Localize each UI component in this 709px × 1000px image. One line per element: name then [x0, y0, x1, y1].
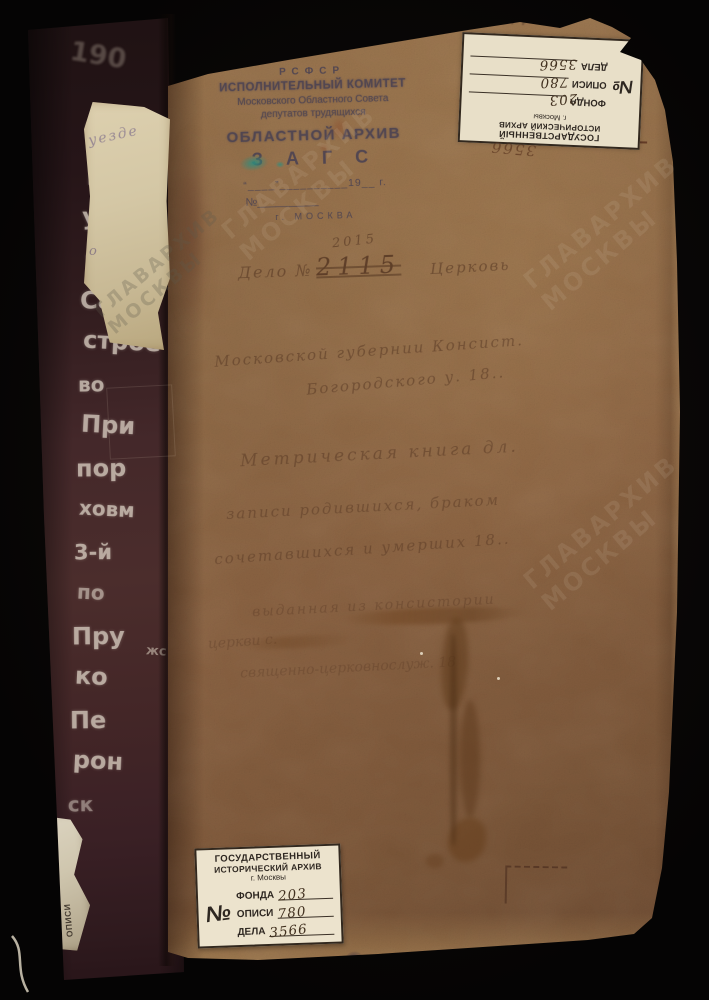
teal-ink-dot: [274, 160, 286, 169]
stamp-rows: ФОНДА 203 ОПИСИ 780 ДЕЛА 3566: [468, 53, 608, 113]
spine-label-opisi: ОПИСИ: [62, 903, 75, 937]
field-label: ОПИСИ: [572, 78, 607, 91]
pencil-box-fragment: [505, 865, 568, 904]
spine-label-fonda: ФОНДА: [49, 885, 62, 920]
stamp-rows: ФОНДА 203 ОПИСИ 780 ДЕЛА 3566: [236, 883, 335, 940]
field-underline: 780: [469, 73, 568, 93]
photo-archive-book-cover: 190 Бо род уез сек Сав строе во При пор …: [0, 0, 709, 1000]
handwriting-metric-book-2: записи родившихся, браком: [226, 491, 501, 523]
paper-speck: [497, 677, 500, 680]
faint-scratch-square: [106, 384, 176, 459]
handwriting-delo-number: 2115: [316, 251, 402, 282]
stain-splash: [426, 854, 444, 868]
zags-city-line: г. МОСКВА: [214, 208, 418, 223]
zags-number-line: №__________: [213, 192, 417, 209]
field-underline: 203: [468, 91, 566, 111]
field-label: ФОНДА: [236, 890, 274, 902]
handwriting-church-word: Церковь: [430, 256, 511, 278]
archive-stamp-upside-down: ГОСУДАРСТВЕННЫЙ ИСТОРИЧЕСКИЙ АРХИВ г. Мо…: [458, 32, 645, 150]
handwriting-metric-book-3: сочетавшихся и умерших 18..: [214, 530, 511, 569]
stamp-fields: № ФОНДА 203 ОПИСИ 780 ДЕЛА 3566: [198, 883, 342, 942]
numero-sign: №: [204, 899, 232, 928]
zags-line: ИСПОЛНИТЕЛЬНЫЙ КОМИТЕТ: [210, 77, 414, 94]
field-underline: 203: [278, 883, 333, 901]
handwriting-delo-corrected: 2015: [331, 232, 377, 252]
field-label: ДЕЛА: [237, 926, 265, 938]
field-value-handwritten: 203: [548, 90, 578, 108]
rust-stain-dot: [318, 142, 330, 154]
field-value-handwritten: 3566: [269, 921, 309, 941]
stamp-row-fonda: ФОНДА 203: [236, 883, 333, 902]
label-mark: о: [89, 244, 97, 259]
spine-bottom-label: № ФОНДА 78 ОПИСИ: [22, 812, 94, 955]
field-value-handwritten: 780: [277, 904, 307, 923]
loose-thread: [6, 934, 58, 996]
front-cover: РСФСР ИСПОЛНИТЕЛЬНЫЙ КОМИТЕТ Московского…: [168, 12, 686, 960]
stamp-fields: № ФОНДА 203 ОПИСИ 780 ДЕЛА 3566: [461, 53, 641, 115]
spine-label-text: № ФОНДА 78 ОПИСИ: [39, 819, 75, 939]
handwriting-delo-prefix: Дело №: [238, 261, 313, 283]
field-label: ДЕЛА: [581, 60, 608, 72]
label-handwriting: уезде: [87, 123, 140, 149]
handwriting-metric-book-1: Метрическая книга дл.: [240, 437, 520, 472]
handwriting-uezd: Богородского у. 18..: [306, 363, 506, 398]
ink-blot: [346, 952, 362, 965]
paper-speck: [420, 652, 423, 655]
rust-stain: [328, 110, 350, 146]
zags-date-line: “____”__________19__ г.: [213, 175, 417, 192]
zags-line: ОБЛАСТНОЙ АРХИВ: [212, 124, 416, 146]
spine-faint-number: 190: [68, 36, 129, 75]
drip-stain: [420, 604, 510, 884]
field-value-handwritten: 3566: [538, 56, 577, 73]
field-label: ОПИСИ: [237, 908, 274, 920]
field-value-handwritten: 203: [277, 886, 307, 905]
archive-stamp-bottom: ГОСУДАРСТВЕННЫЙ ИСТОРИЧЕСКИЙ АРХИВ г. Мо…: [194, 843, 343, 948]
stain-blob: [460, 700, 480, 818]
pencil-scribble-number: 4464: [486, 11, 529, 28]
zags-stamp: РСФСР ИСПОЛНИТЕЛЬНЫЙ КОМИТЕТ Московского…: [210, 63, 418, 223]
stain-streak: [450, 634, 457, 846]
numero-sign: №: [612, 76, 634, 98]
chalk-line: ск: [68, 783, 172, 826]
field-value-handwritten: 780: [539, 74, 568, 91]
spine-label-value: 78: [48, 869, 60, 883]
